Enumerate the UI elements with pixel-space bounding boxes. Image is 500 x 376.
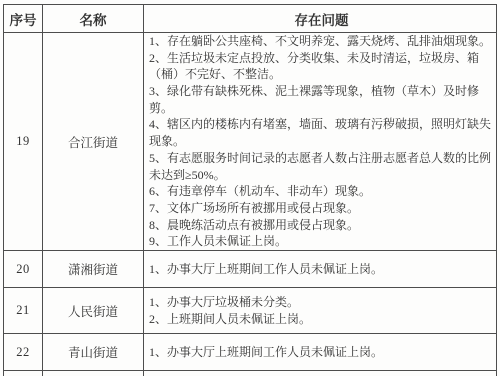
table-row: 21 人民街道 1、办事大厅垃圾桶未分类。 2、上班期间人员未佩证上岗。 (4, 288, 497, 334)
serial-cell: 19 (4, 33, 43, 251)
table-row-clipped (4, 371, 497, 376)
header-label-name: 名称 (80, 9, 107, 29)
problem-item: 3、绿化带有缺株死株、泥土裸露等现象，植物（草木）及时修剪。 (149, 83, 494, 116)
header-cell-serial: 序号 (4, 5, 43, 33)
name-cell (43, 371, 144, 376)
name-cell: 合江街道 (43, 33, 144, 251)
name-cell: 人民街道 (43, 288, 144, 334)
problem-item: 7、文体广场场所有被挪用或侵占现象。 (149, 200, 494, 217)
street-name: 合江街道 (68, 133, 118, 151)
problem-item: 6、有违章停车（机动车、非动车）现象。 (149, 183, 494, 200)
problem-item: 1、办事大厅垃圾桶未分类。 (149, 294, 494, 311)
table-header-row: 序号 名称 存在问题 (4, 5, 497, 33)
serial-cell: 22 (4, 334, 43, 371)
problems-cell: 1、办事大厅上班期间工作人员未佩证上岗。 (144, 334, 497, 371)
problem-item: 2、生活垃圾未定点投放、分类收集、未及时清运，垃圾房、箱（桶）不完好、不整洁。 (149, 50, 494, 83)
header-label-serial: 序号 (10, 9, 37, 29)
problems-cell: 1、办事大厅垃圾桶未分类。 2、上班期间人员未佩证上岗。 (144, 288, 497, 334)
name-cell: 青山街道 (43, 334, 144, 371)
name-cell: 潇湘街道 (43, 251, 144, 288)
problem-item: 1、存在躺卧公共座椅、不文明养宠、露天烧烤、乱排油烟现象。 (149, 33, 494, 50)
header-cell-problems: 存在问题 (144, 5, 497, 33)
problem-item: 8、晨晚练活动点有被挪用或侵占现象。 (149, 217, 494, 234)
problem-item: 2、上班期间人员未佩证上岗。 (149, 311, 494, 328)
serial-number: 20 (16, 262, 30, 277)
street-name: 青山街道 (68, 343, 118, 361)
street-name: 人民街道 (68, 302, 118, 320)
serial-number: 22 (16, 345, 30, 360)
problems-cell: 1、办事大厅上班期间工作人员未佩证上岗。 (144, 251, 497, 288)
problem-item: 1、办事大厅上班期间工作人员未佩证上岗。 (149, 261, 494, 278)
table-row: 20 潇湘街道 1、办事大厅上班期间工作人员未佩证上岗。 (4, 251, 497, 288)
table-row: 19 合江街道 1、存在躺卧公共座椅、不文明养宠、露天烧烤、乱排油烟现象。 2、… (4, 33, 497, 251)
header-cell-name: 名称 (43, 5, 144, 33)
serial-number: 21 (16, 303, 30, 318)
serial-cell: 20 (4, 251, 43, 288)
problem-item: 9、工作人员未佩证上岗。 (149, 233, 494, 250)
header-label-problems: 存在问题 (295, 9, 349, 29)
problem-item: 4、辖区内的楼栋内有堵塞，墙面、玻璃有污秽破损，照明灯缺失现象。 (149, 116, 494, 149)
problem-item: 1、办事大厅上班期间工作人员未佩证上岗。 (149, 344, 494, 361)
table-row: 22 青山街道 1、办事大厅上班期间工作人员未佩证上岗。 (4, 334, 497, 371)
serial-number: 19 (16, 134, 30, 149)
issues-table: 序号 名称 存在问题 19 合江街道 1、存在躺卧公共座椅、不文明养宠、露天烧烤… (3, 4, 497, 376)
document-page: 序号 名称 存在问题 19 合江街道 1、存在躺卧公共座椅、不文明养宠、露天烧烤… (0, 0, 500, 376)
serial-cell: 21 (4, 288, 43, 334)
problem-item: 5、有志愿服务时间记录的志愿者人数占注册志愿者总人数的比例未达到≥50%。 (149, 150, 494, 183)
problems-cell: 1、存在躺卧公共座椅、不文明养宠、露天烧烤、乱排油烟现象。 2、生活垃圾未定点投… (144, 33, 497, 251)
problems-cell (144, 371, 497, 376)
serial-cell (4, 371, 43, 376)
street-name: 潇湘街道 (68, 260, 118, 278)
